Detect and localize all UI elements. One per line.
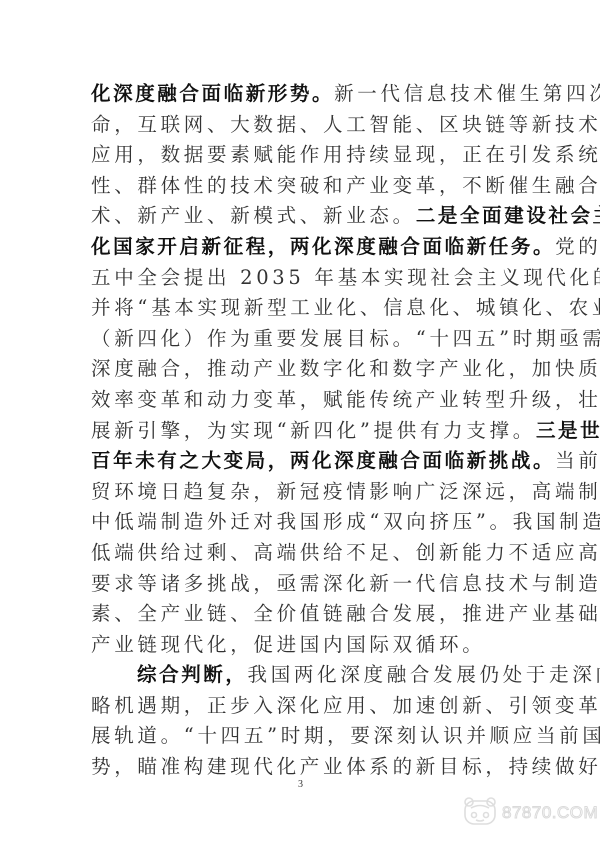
text-line: 化深度融合面临新形势。新一代信息技术催生第四次工业革	[91, 79, 511, 110]
text-segment: 产业链现代化，促进国内国际双循环。	[91, 633, 485, 656]
bold-text-segment: 百年未有之大变局，两化深度融合面临新挑战。	[91, 449, 555, 472]
text-line: 化国家开启新征程，两化深度融合面临新任务。党的十九届	[91, 232, 511, 263]
text-segment: 性、群体性的技术突破和产业变革，不断催生融合发展新技	[91, 174, 600, 197]
bold-text-segment: 三是世界正经历	[536, 419, 600, 442]
text-line: （新四化）作为重要发展目标。“十四五”时期亟需通过两化	[91, 324, 511, 355]
text-segment: 素、全产业链、全价值链融合发展，推进产业基础高级化、	[91, 602, 600, 625]
text-line: 命，互联网、大数据、人工智能、区块链等新技术加速融合	[91, 110, 511, 141]
text-line: 并将“基本实现新型工业化、信息化、城镇化、农业现代化”	[91, 293, 511, 324]
text-line: 应用，数据要素赋能作用持续显现，正在引发系统性、革命	[91, 140, 511, 171]
text-segment: 低端供给过剩、高端供给不足、创新能力不适应高质量发展	[91, 541, 600, 564]
text-segment: 新一代信息技术催生第四次工业革	[334, 82, 600, 105]
page-number: 3	[298, 779, 303, 790]
text-segment: 应用，数据要素赋能作用持续显现，正在引发系统性、革命	[91, 143, 600, 166]
text-segment: 当前全球经	[555, 449, 600, 472]
body-text: 化深度融合面临新形势。新一代信息技术催生第四次工业革命，互联网、大数据、人工智能…	[91, 79, 511, 783]
text-segment: 命，互联网、大数据、人工智能、区块链等新技术加速融合	[91, 113, 600, 136]
text-segment: 展新引擎，为实现“新四化”提供有力支撑。	[91, 419, 536, 442]
text-segment: 展轨道。“十四五”时期，要深刻认识并顺应当前国际国内形	[91, 724, 600, 747]
text-line: 术、新产业、新模式、新业态。二是全面建设社会主义现代	[91, 201, 511, 232]
bold-text-segment: 化国家开启新征程，两化深度融合面临新任务。	[91, 235, 555, 258]
text-segment: 五中全会提出 2035 年基本实现社会主义现代化的远景目标，	[91, 266, 600, 289]
text-segment: 效率变革和动力变革，赋能传统产业转型升级，壮大经济发	[91, 388, 600, 411]
text-line: 要求等诸多挑战，亟需深化新一代信息技术与制造业全要	[91, 569, 511, 600]
bold-text-segment: 二是全面建设社会主义现代	[416, 204, 600, 227]
text-segment: （新四化）作为重要发展目标。“十四五”时期亟需通过两化	[91, 327, 600, 350]
text-segment: 势，瞄准构建现代化产业体系的新目标，持续做好两化深度	[91, 755, 600, 778]
text-line: 百年未有之大变局，两化深度融合面临新挑战。当前全球经	[91, 446, 511, 477]
text-line: 展轨道。“十四五”时期，要深刻认识并顺应当前国际国内形	[91, 721, 511, 752]
text-segment: 略机遇期，正步入深化应用、加速创新、引领变革的快速发	[91, 694, 600, 717]
text-line: 展新引擎，为实现“新四化”提供有力支撑。三是世界正经历	[91, 416, 511, 447]
bear-face-icon	[462, 796, 498, 830]
watermark-text: 87870.COM	[502, 803, 598, 823]
bold-text-segment: 综合判断，	[137, 663, 248, 686]
text-line: 深度融合，推动产业数字化和数字产业化，加快质量变革、	[91, 354, 511, 385]
text-line: 贸环境日趋复杂，新冠疫情影响广泛深远，高端制造回流和	[91, 477, 511, 508]
text-line: 略机遇期，正步入深化应用、加速创新、引领变革的快速发	[91, 691, 511, 722]
watermark: 87870.COM	[462, 796, 598, 830]
text-segment: 要求等诸多挑战，亟需深化新一代信息技术与制造业全要	[91, 572, 600, 595]
text-segment: 并将“基本实现新型工业化、信息化、城镇化、农业现代化”	[91, 296, 600, 319]
text-line: 性、群体性的技术突破和产业变革，不断催生融合发展新技	[91, 171, 511, 202]
text-line: 中低端制造外迁对我国形成“双向挤压”。我国制造业仍面临	[91, 507, 511, 538]
text-segment: 术、新产业、新模式、新业态。	[91, 204, 416, 227]
text-segment: 党的十九届	[555, 235, 600, 258]
text-line: 五中全会提出 2035 年基本实现社会主义现代化的远景目标，	[91, 263, 511, 294]
text-line: 低端供给过剩、高端供给不足、创新能力不适应高质量发展	[91, 538, 511, 569]
text-segment: 中低端制造外迁对我国形成“双向挤压”。我国制造业仍面临	[91, 510, 600, 533]
text-segment: 深度融合，推动产业数字化和数字产业化，加快质量变革、	[91, 357, 600, 380]
text-line: 素、全产业链、全价值链融合发展，推进产业基础高级化、	[91, 599, 511, 630]
text-line: 产业链现代化，促进国内国际双循环。	[91, 630, 511, 661]
text-segment: 我国两化深度融合发展仍处于走深向实的战	[248, 663, 600, 686]
document-page: 化深度融合面临新形势。新一代信息技术催生第四次工业革命，互联网、大数据、人工智能…	[0, 0, 600, 848]
text-line: 效率变革和动力变革，赋能传统产业转型升级，壮大经济发	[91, 385, 511, 416]
text-segment: 贸环境日趋复杂，新冠疫情影响广泛深远，高端制造回流和	[91, 480, 600, 503]
bold-text-segment: 化深度融合面临新形势。	[91, 82, 334, 105]
text-line: 综合判断，我国两化深度融合发展仍处于走深向实的战	[91, 660, 511, 691]
